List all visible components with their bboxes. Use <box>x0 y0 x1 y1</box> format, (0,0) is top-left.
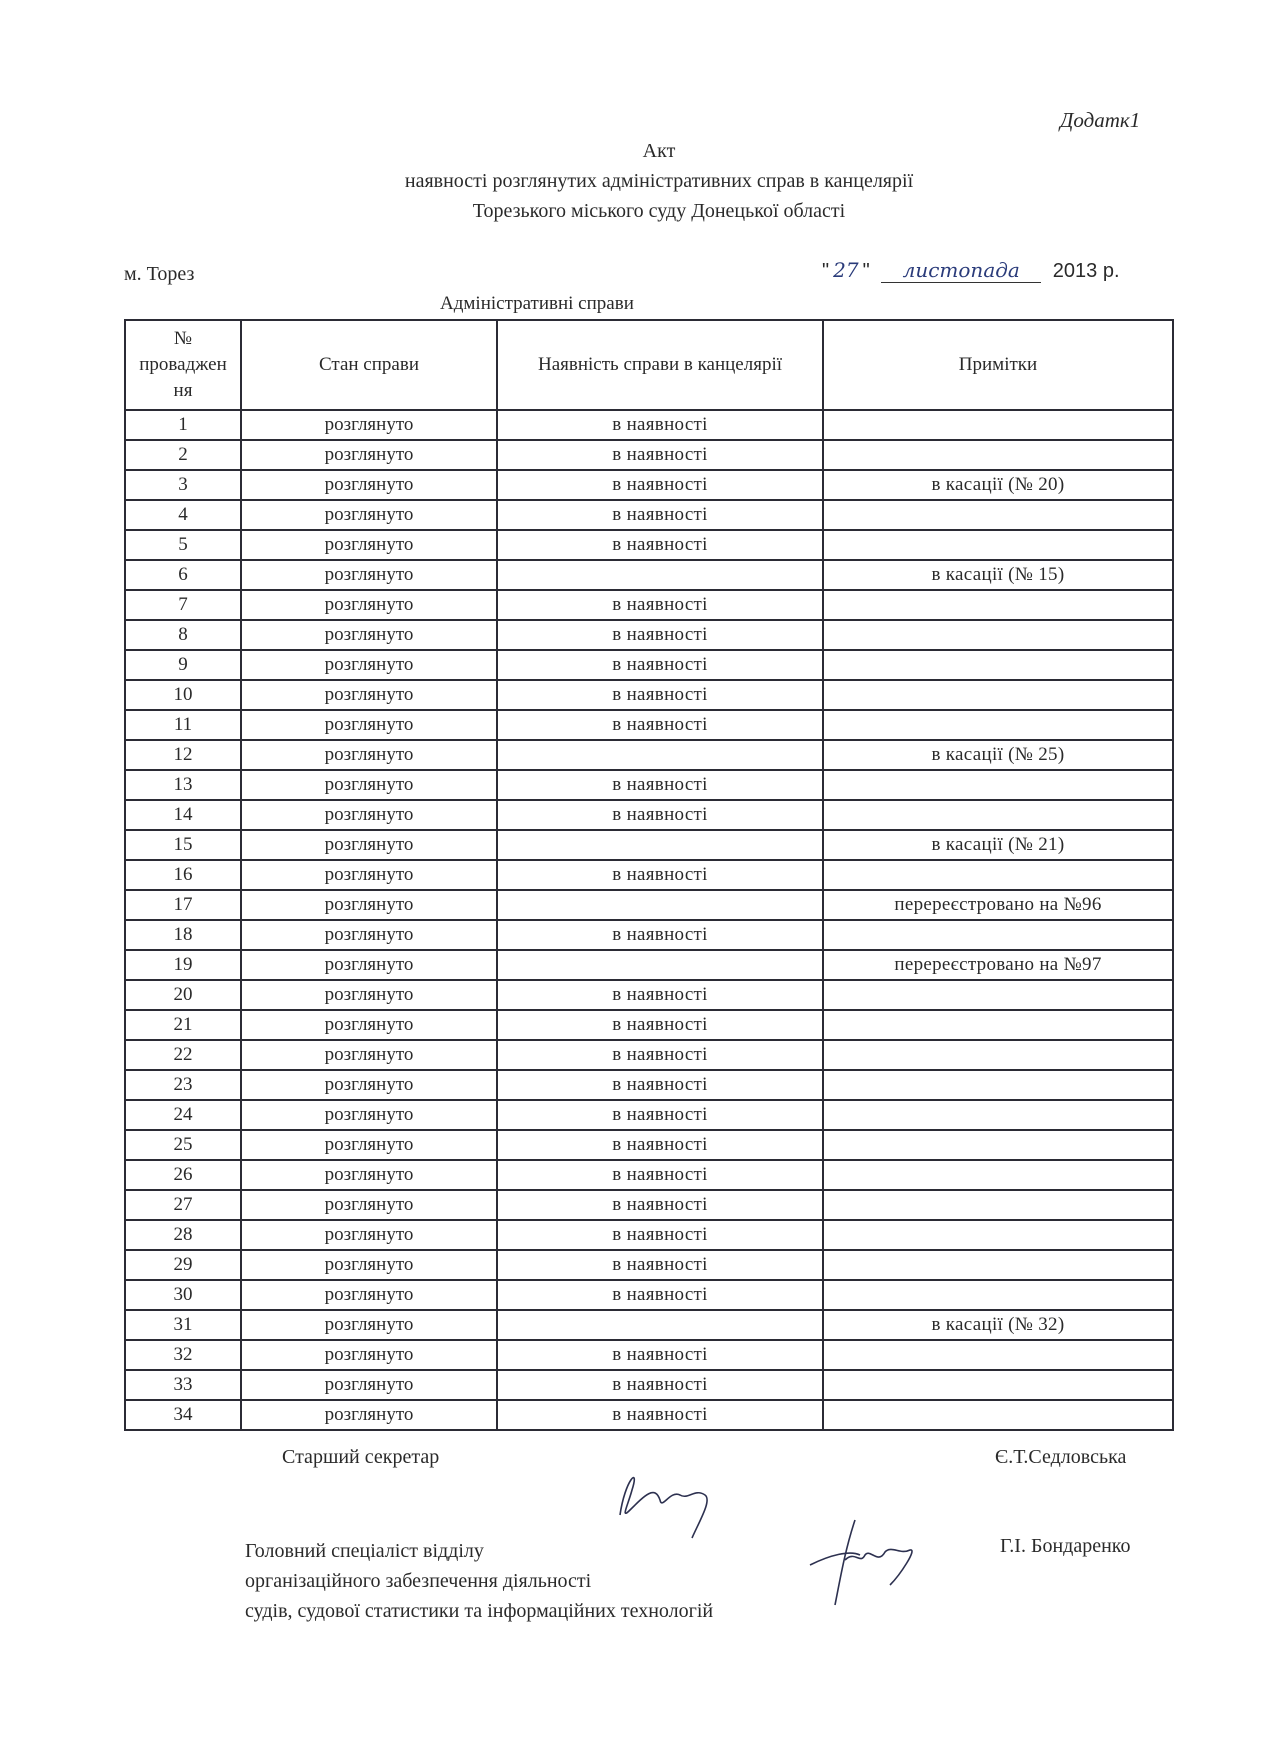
cell-availability: в наявності <box>497 710 823 740</box>
cell-availability: в наявності <box>497 1400 823 1430</box>
table-row: 13розглянутов наявності <box>125 770 1173 800</box>
cell-number: 9 <box>125 650 241 680</box>
cell-status: розглянуто <box>241 740 497 770</box>
cell-note <box>823 1340 1173 1370</box>
cell-number: 16 <box>125 860 241 890</box>
cell-note: перереєстровано на №97 <box>823 950 1173 980</box>
cell-status: розглянуто <box>241 530 497 560</box>
city-label: м. Торез <box>124 263 194 286</box>
signature-2-icon <box>800 1510 930 1610</box>
cell-status: розглянуто <box>241 950 497 980</box>
cell-number: 23 <box>125 1070 241 1100</box>
cell-status: розглянуто <box>241 1160 497 1190</box>
cell-status: розглянуто <box>241 1310 497 1340</box>
cell-status: розглянуто <box>241 920 497 950</box>
date-month-handwritten: листопада <box>881 258 1041 283</box>
table-row: 10розглянутов наявності <box>125 680 1173 710</box>
cell-status: розглянуто <box>241 560 497 590</box>
cell-note <box>823 530 1173 560</box>
cell-note: в касації (№ 25) <box>823 740 1173 770</box>
cell-note <box>823 770 1173 800</box>
signatory-name-bondarenko: Г.І. Бондаренко <box>1000 1535 1131 1558</box>
cell-availability: в наявності <box>497 1220 823 1250</box>
cell-availability: в наявності <box>497 1040 823 1070</box>
table-row: 20розглянутов наявності <box>125 980 1173 1010</box>
cell-number: 5 <box>125 530 241 560</box>
column-header-status: Стан справи <box>241 320 497 410</box>
cell-number: 24 <box>125 1100 241 1130</box>
table-row: 21розглянутов наявності <box>125 1010 1173 1040</box>
cell-note <box>823 440 1173 470</box>
table-row: 18розглянутов наявності <box>125 920 1173 950</box>
number-sign: № <box>126 326 240 352</box>
cell-status: розглянуто <box>241 980 497 1010</box>
cell-status: розглянуто <box>241 710 497 740</box>
cell-status: розглянуто <box>241 800 497 830</box>
cell-status: розглянуто <box>241 1220 497 1250</box>
cell-availability: в наявності <box>497 1130 823 1160</box>
cell-availability: в наявності <box>497 980 823 1010</box>
cell-availability: в наявності <box>497 770 823 800</box>
cell-availability <box>497 890 823 920</box>
column-header-number: № проваджен ня <box>125 320 241 410</box>
table-row: 29розглянутов наявності <box>125 1250 1173 1280</box>
cell-status: розглянуто <box>241 500 497 530</box>
table-row: 8розглянутов наявності <box>125 620 1173 650</box>
cell-availability: в наявності <box>497 410 823 440</box>
cell-number: 14 <box>125 800 241 830</box>
table-row: 17розглянутоперереєстровано на №96 <box>125 890 1173 920</box>
table-row: 2розглянутов наявності <box>125 440 1173 470</box>
cell-availability: в наявності <box>497 800 823 830</box>
cell-note <box>823 800 1173 830</box>
cell-number: 4 <box>125 500 241 530</box>
cell-number: 25 <box>125 1130 241 1160</box>
cell-note <box>823 710 1173 740</box>
date-day-handwritten: 27 <box>833 258 858 282</box>
cell-availability <box>497 950 823 980</box>
table-row: 34розглянутов наявності <box>125 1400 1173 1430</box>
cell-note <box>823 500 1173 530</box>
cell-note <box>823 1220 1173 1250</box>
table-row: 28розглянутов наявності <box>125 1220 1173 1250</box>
signature-1-icon <box>600 1460 730 1540</box>
cell-availability: в наявності <box>497 1190 823 1220</box>
cell-note <box>823 1280 1173 1310</box>
table-row: 11розглянутов наявності <box>125 710 1173 740</box>
cell-status: розглянуто <box>241 770 497 800</box>
table-row: 3розглянутов наявностів касації (№ 20) <box>125 470 1173 500</box>
cell-status: розглянуто <box>241 650 497 680</box>
cell-note <box>823 1070 1173 1100</box>
cell-availability: в наявності <box>497 620 823 650</box>
column-header-availability: Наявність справи в канцелярії <box>497 320 823 410</box>
cell-number: 22 <box>125 1040 241 1070</box>
cell-availability <box>497 740 823 770</box>
cell-availability: в наявності <box>497 920 823 950</box>
cell-availability: в наявності <box>497 500 823 530</box>
cell-note <box>823 1100 1173 1130</box>
cell-number: 31 <box>125 1310 241 1340</box>
table-row: 19розглянутоперереєстровано на №97 <box>125 950 1173 980</box>
cell-note <box>823 1010 1173 1040</box>
cell-number: 27 <box>125 1190 241 1220</box>
cell-status: розглянуто <box>241 1130 497 1160</box>
cell-note <box>823 620 1173 650</box>
cell-number: 7 <box>125 590 241 620</box>
table-header-row: № проваджен ня Стан справи Наявність спр… <box>125 320 1173 410</box>
cell-note <box>823 1190 1173 1220</box>
cell-status: розглянуто <box>241 470 497 500</box>
cell-number: 2 <box>125 440 241 470</box>
cell-number: 15 <box>125 830 241 860</box>
appendix-label: Додатк1 <box>1060 108 1140 133</box>
cell-note <box>823 680 1173 710</box>
document-subtitle-line1: наявності розглянутих адміністративних с… <box>0 170 1275 193</box>
cell-note <box>823 650 1173 680</box>
signatory-role-senior-secretary: Старший секретар <box>282 1446 439 1469</box>
cell-note <box>823 590 1173 620</box>
signatory-role-chief-specialist: Головний спеціаліст відділу організаційн… <box>245 1536 713 1626</box>
cell-availability: в наявності <box>497 1160 823 1190</box>
cell-number: 26 <box>125 1160 241 1190</box>
cell-availability <box>497 830 823 860</box>
table-row: 9розглянутов наявності <box>125 650 1173 680</box>
date-year: 2013 р. <box>1053 260 1120 282</box>
cell-note <box>823 1040 1173 1070</box>
cell-status: розглянуто <box>241 1250 497 1280</box>
table-row: 12розглянутов касації (№ 25) <box>125 740 1173 770</box>
cell-availability: в наявності <box>497 1280 823 1310</box>
cell-note <box>823 920 1173 950</box>
cell-availability <box>497 1310 823 1340</box>
cell-availability: в наявності <box>497 1370 823 1400</box>
cell-number: 1 <box>125 410 241 440</box>
document-date: "27" листопада 2013 р. <box>822 258 1120 283</box>
cell-note <box>823 1160 1173 1190</box>
cell-status: розглянуто <box>241 410 497 440</box>
cell-number: 10 <box>125 680 241 710</box>
cell-number: 17 <box>125 890 241 920</box>
cell-availability: в наявності <box>497 440 823 470</box>
cell-number: 32 <box>125 1340 241 1370</box>
cell-number: 12 <box>125 740 241 770</box>
table-row: 24розглянутов наявності <box>125 1100 1173 1130</box>
cell-status: розглянуто <box>241 1100 497 1130</box>
table-row: 23розглянутов наявності <box>125 1070 1173 1100</box>
cell-status: розглянуто <box>241 1070 497 1100</box>
cell-status: розглянуто <box>241 1280 497 1310</box>
table-row: 31розглянутов касації (№ 32) <box>125 1310 1173 1340</box>
header-number-line2: проваджен <box>126 352 240 378</box>
date-close-quote: " <box>863 260 870 282</box>
table-row: 33розглянутов наявності <box>125 1370 1173 1400</box>
cell-availability <box>497 560 823 590</box>
cell-status: розглянуто <box>241 680 497 710</box>
cell-availability: в наявності <box>497 1250 823 1280</box>
cell-availability: в наявності <box>497 470 823 500</box>
cell-status: розглянуто <box>241 1040 497 1070</box>
cases-table: № проваджен ня Стан справи Наявність спр… <box>124 319 1174 1431</box>
cell-availability: в наявності <box>497 1100 823 1130</box>
document-subtitle-line2: Торезького міського суду Донецької облас… <box>0 200 1275 223</box>
table-row: 30розглянутов наявності <box>125 1280 1173 1310</box>
cell-note: в касації (№ 21) <box>823 830 1173 860</box>
cell-number: 28 <box>125 1220 241 1250</box>
table-row: 32розглянутов наявності <box>125 1340 1173 1370</box>
cell-availability: в наявності <box>497 680 823 710</box>
cell-availability: в наявності <box>497 650 823 680</box>
cell-status: розглянуто <box>241 1190 497 1220</box>
cell-availability: в наявності <box>497 530 823 560</box>
table-row: 15розглянутов касації (№ 21) <box>125 830 1173 860</box>
table-row: 27розглянутов наявності <box>125 1190 1173 1220</box>
header-number-line3: ня <box>126 378 240 404</box>
cell-status: розглянуто <box>241 590 497 620</box>
cell-note <box>823 1250 1173 1280</box>
cell-note <box>823 1130 1173 1160</box>
cell-availability: в наявності <box>497 1010 823 1040</box>
table-row: 22розглянутов наявності <box>125 1040 1173 1070</box>
cell-status: розглянуто <box>241 1010 497 1040</box>
cell-number: 29 <box>125 1250 241 1280</box>
role2-line1: Головний спеціаліст відділу <box>245 1536 713 1566</box>
cell-number: 3 <box>125 470 241 500</box>
document-title: Акт <box>0 140 1275 163</box>
cell-number: 18 <box>125 920 241 950</box>
cell-status: розглянуто <box>241 440 497 470</box>
cell-number: 33 <box>125 1370 241 1400</box>
cell-status: розглянуто <box>241 1370 497 1400</box>
cell-number: 19 <box>125 950 241 980</box>
table-row: 16розглянутов наявності <box>125 860 1173 890</box>
cell-number: 6 <box>125 560 241 590</box>
role2-line3: судів, судової статистики та інформаційн… <box>245 1596 713 1626</box>
cell-note <box>823 1400 1173 1430</box>
cell-note: в касації (№ 15) <box>823 560 1173 590</box>
cell-number: 11 <box>125 710 241 740</box>
table-row: 5розглянутов наявності <box>125 530 1173 560</box>
cell-number: 30 <box>125 1280 241 1310</box>
cell-availability: в наявності <box>497 860 823 890</box>
cell-availability: в наявності <box>497 590 823 620</box>
cell-note: перереєстровано на №96 <box>823 890 1173 920</box>
date-open-quote: " <box>822 260 829 282</box>
cell-note: в касації (№ 32) <box>823 1310 1173 1340</box>
cell-status: розглянуто <box>241 1340 497 1370</box>
cell-note <box>823 980 1173 1010</box>
cell-status: розглянуто <box>241 860 497 890</box>
cell-status: розглянуто <box>241 890 497 920</box>
table-caption: Адміністративні справи <box>440 293 634 315</box>
role2-line2: організаційного забезпечення діяльності <box>245 1566 713 1596</box>
table-row: 25розглянутов наявності <box>125 1130 1173 1160</box>
cell-note: в касації (№ 20) <box>823 470 1173 500</box>
cell-number: 13 <box>125 770 241 800</box>
cell-note <box>823 410 1173 440</box>
cell-status: розглянуто <box>241 620 497 650</box>
table-row: 26розглянутов наявності <box>125 1160 1173 1190</box>
cell-number: 8 <box>125 620 241 650</box>
cell-number: 21 <box>125 1010 241 1040</box>
cell-availability: в наявності <box>497 1340 823 1370</box>
cell-status: розглянуто <box>241 830 497 860</box>
cell-number: 34 <box>125 1400 241 1430</box>
table-row: 7розглянутов наявності <box>125 590 1173 620</box>
signatory-name-sedlovska: Є.Т.Седловська <box>995 1446 1126 1469</box>
table-row: 14розглянутов наявності <box>125 800 1173 830</box>
cell-availability: в наявності <box>497 1070 823 1100</box>
cell-note <box>823 1370 1173 1400</box>
table-row: 4розглянутов наявності <box>125 500 1173 530</box>
cell-status: розглянуто <box>241 1400 497 1430</box>
column-header-notes: Примітки <box>823 320 1173 410</box>
cell-note <box>823 860 1173 890</box>
cell-number: 20 <box>125 980 241 1010</box>
table-row: 1розглянутов наявності <box>125 410 1173 440</box>
table-row: 6розглянутов касації (№ 15) <box>125 560 1173 590</box>
